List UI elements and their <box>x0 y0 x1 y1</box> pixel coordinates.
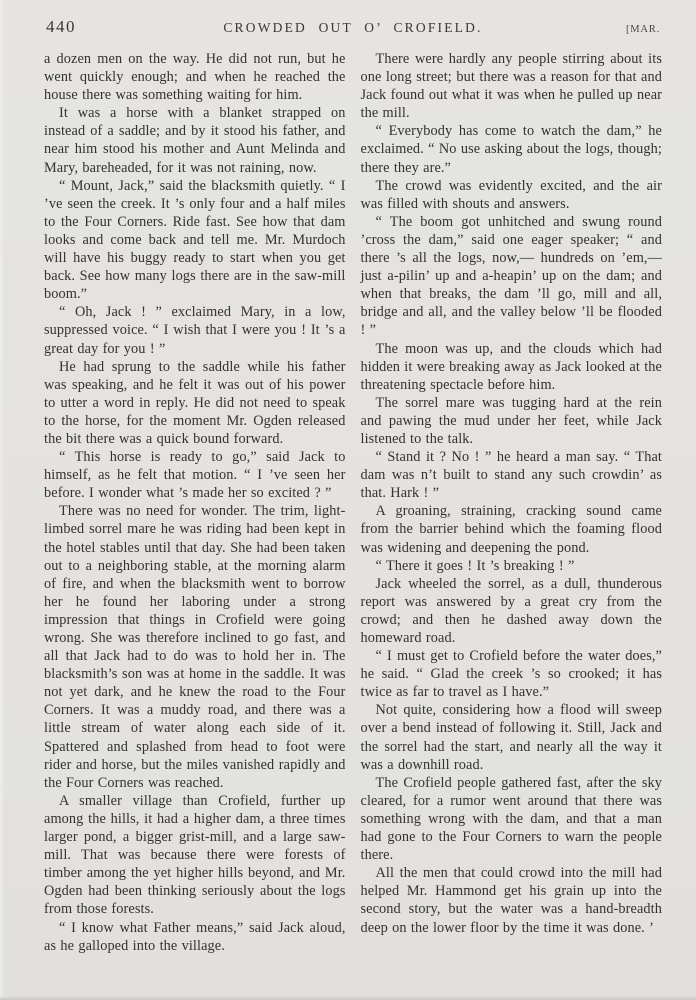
scan-edge-left <box>0 0 5 1000</box>
paragraph: All the men that could crowd into the mi… <box>361 864 663 936</box>
paragraph: Not quite, considering how a flood will … <box>361 701 663 773</box>
right-text-column: There were hardly any people stirring ab… <box>361 50 663 955</box>
paragraph: The crowd was evidently excited, and the… <box>361 177 663 213</box>
paragraph: He had sprung to the saddle while his fa… <box>44 358 346 448</box>
paragraph: a dozen men on the way. He did not run, … <box>44 50 346 104</box>
paragraph: The moon was up, and the clouds which ha… <box>361 340 663 394</box>
paragraph: “ Oh, Jack ! ” exclaimed Mary, in a low,… <box>44 303 346 357</box>
paragraph: A smaller village than Crofield, further… <box>44 792 346 919</box>
running-title: CROWDED OUT O’ CROFIELD. <box>136 20 570 36</box>
paragraph: “ There it goes ! It ’s breaking ! ” <box>361 557 663 575</box>
page-number: 440 <box>46 17 136 37</box>
paragraph: “ This horse is ready to go,” said Jack … <box>44 448 346 502</box>
left-text-column: a dozen men on the way. He did not run, … <box>44 50 346 955</box>
paragraph: The Crofield people gathered fast, after… <box>361 774 663 864</box>
paragraph: Jack wheeled the sorrel, as a dull, thun… <box>361 575 663 647</box>
paragraph: “ Mount, Jack,” said the blacksmith quie… <box>44 177 346 304</box>
text-columns: a dozen men on the way. He did not run, … <box>0 37 696 955</box>
paragraph: It was a horse with a blanket strapped o… <box>44 104 346 176</box>
book-page: 440 CROWDED OUT O’ CROFIELD. [MAR. a doz… <box>0 0 696 1000</box>
paragraph: “ Stand it ? No ! ” he heard a man say. … <box>361 448 663 502</box>
paragraph: There was no need for wonder. The trim, … <box>44 502 346 792</box>
paragraph: There were hardly any people stirring ab… <box>361 50 663 122</box>
paragraph: “ I know what Father means,” said Jack a… <box>44 919 346 955</box>
paragraph: “ I must get to Crofield before the wate… <box>361 647 663 701</box>
page-header: 440 CROWDED OUT O’ CROFIELD. [MAR. <box>0 0 696 37</box>
paragraph: The sorrel mare was tugging hard at the … <box>361 394 663 448</box>
issue-date-label: [MAR. <box>570 24 660 35</box>
paragraph: “ The boom got unhitched and swung round… <box>361 213 663 340</box>
paragraph: A groaning, straining, cracking sound ca… <box>361 502 663 556</box>
paragraph: “ Everybody has come to watch the dam,” … <box>361 122 663 176</box>
scan-edge-bottom <box>0 996 696 1000</box>
